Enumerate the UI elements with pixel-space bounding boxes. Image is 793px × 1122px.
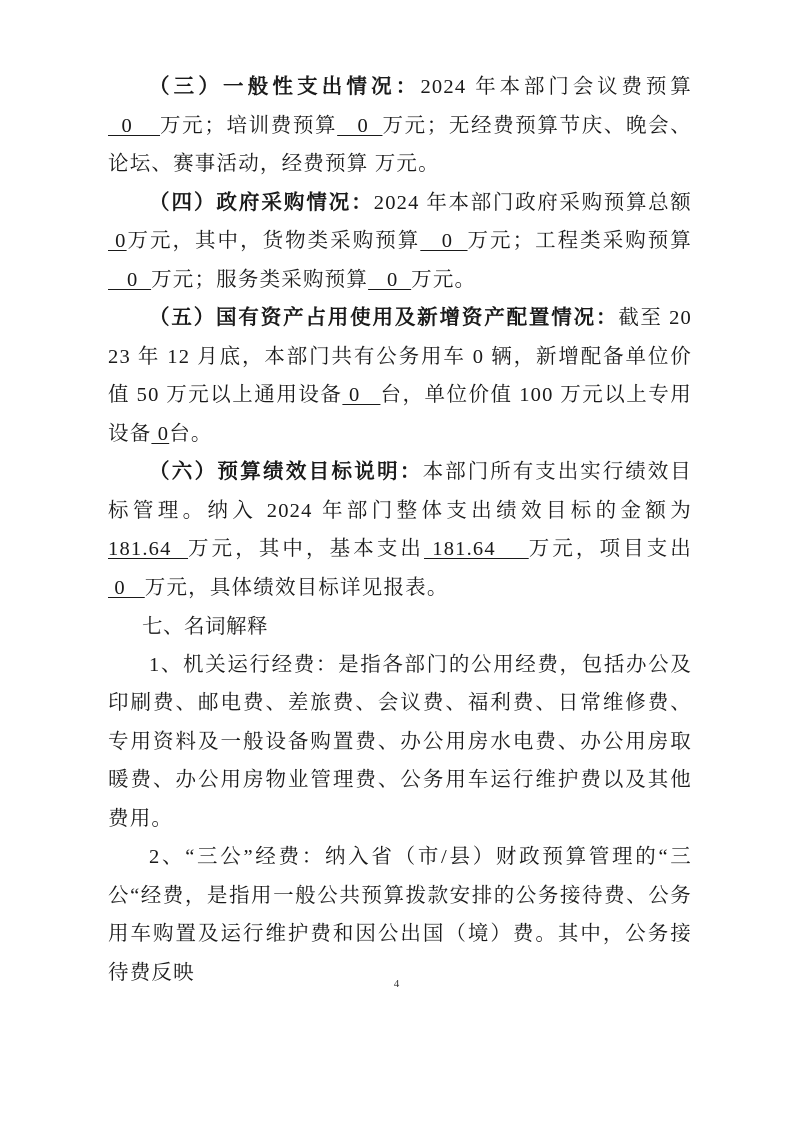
text: 台。 [169,423,212,445]
text: 2024 年本部门政府采购预算总额 [374,192,692,214]
training-fee-value: 0 [337,115,382,137]
text: 万元，其中，基本支出 [188,538,424,560]
section-lead: （六）预算绩效目标说明： [149,461,423,483]
section-procurement: （四）政府采购情况：2024 年本部门政府采购预算总额 0万元，其中，货物类采购… [108,184,692,300]
document-page: （三）一般性支出情况：2024 年本部门会议费预算 0 万元；培训费预算 0 万… [108,68,692,992]
engineering-procurement-value: 0 [108,269,151,291]
glossary-heading: 七、名词解释 [108,607,692,646]
text: 2024 年本部门会议费预算 [420,76,692,98]
text: 万元，具体绩效目标详见报表。 [145,577,449,599]
section-lead: （三）一般性支出情况： [149,76,420,98]
general-equipment-value: 0 [342,384,380,406]
glossary-item-operating-expense: 1、机关运行经费：是指各部门的公用经费，包括办公及印刷费、邮电费、差旅费、会议费… [108,646,692,839]
basic-expense-value: 181.64 [424,538,529,560]
special-equipment-value: 0 [151,423,169,445]
text: 万元，其中，货物类采购预算 [127,230,421,252]
section-general-expense: （三）一般性支出情况：2024 年本部门会议费预算 0 万元；培训费预算 0 万… [108,68,692,184]
text: 万元，项目支出 [529,538,692,560]
goods-procurement-value: 0 [420,230,467,252]
text: 万元。 [411,269,476,291]
section-assets: （五）国有资产占用使用及新增资产配置情况：截至 2023 年 12 月底，本部门… [108,299,692,453]
services-procurement-value: 0 [368,269,411,291]
performance-total-value: 181.64 [108,538,188,560]
section-lead: （四）政府采购情况： [149,192,374,214]
text: 万元；工程类采购预算 [468,230,692,252]
text: 万元；培训费预算 [160,115,337,137]
glossary-item-three-public-expense: 2、“三公”经费：纳入省（市/县）财政预算管理的“三公“经费，是指用一般公共预算… [108,838,692,992]
procurement-total-value: 0 [108,230,127,252]
section-performance: （六）预算绩效目标说明：本部门所有支出实行绩效目标管理。纳入 2024 年部门整… [108,453,692,607]
section-lead: （五）国有资产占用使用及新增资产配置情况： [149,307,618,329]
page-number: 4 [0,978,793,990]
meeting-fee-value: 0 [108,115,160,137]
project-expense-value: 0 [108,577,145,599]
text: 万元；服务类采购预算 [151,269,368,291]
